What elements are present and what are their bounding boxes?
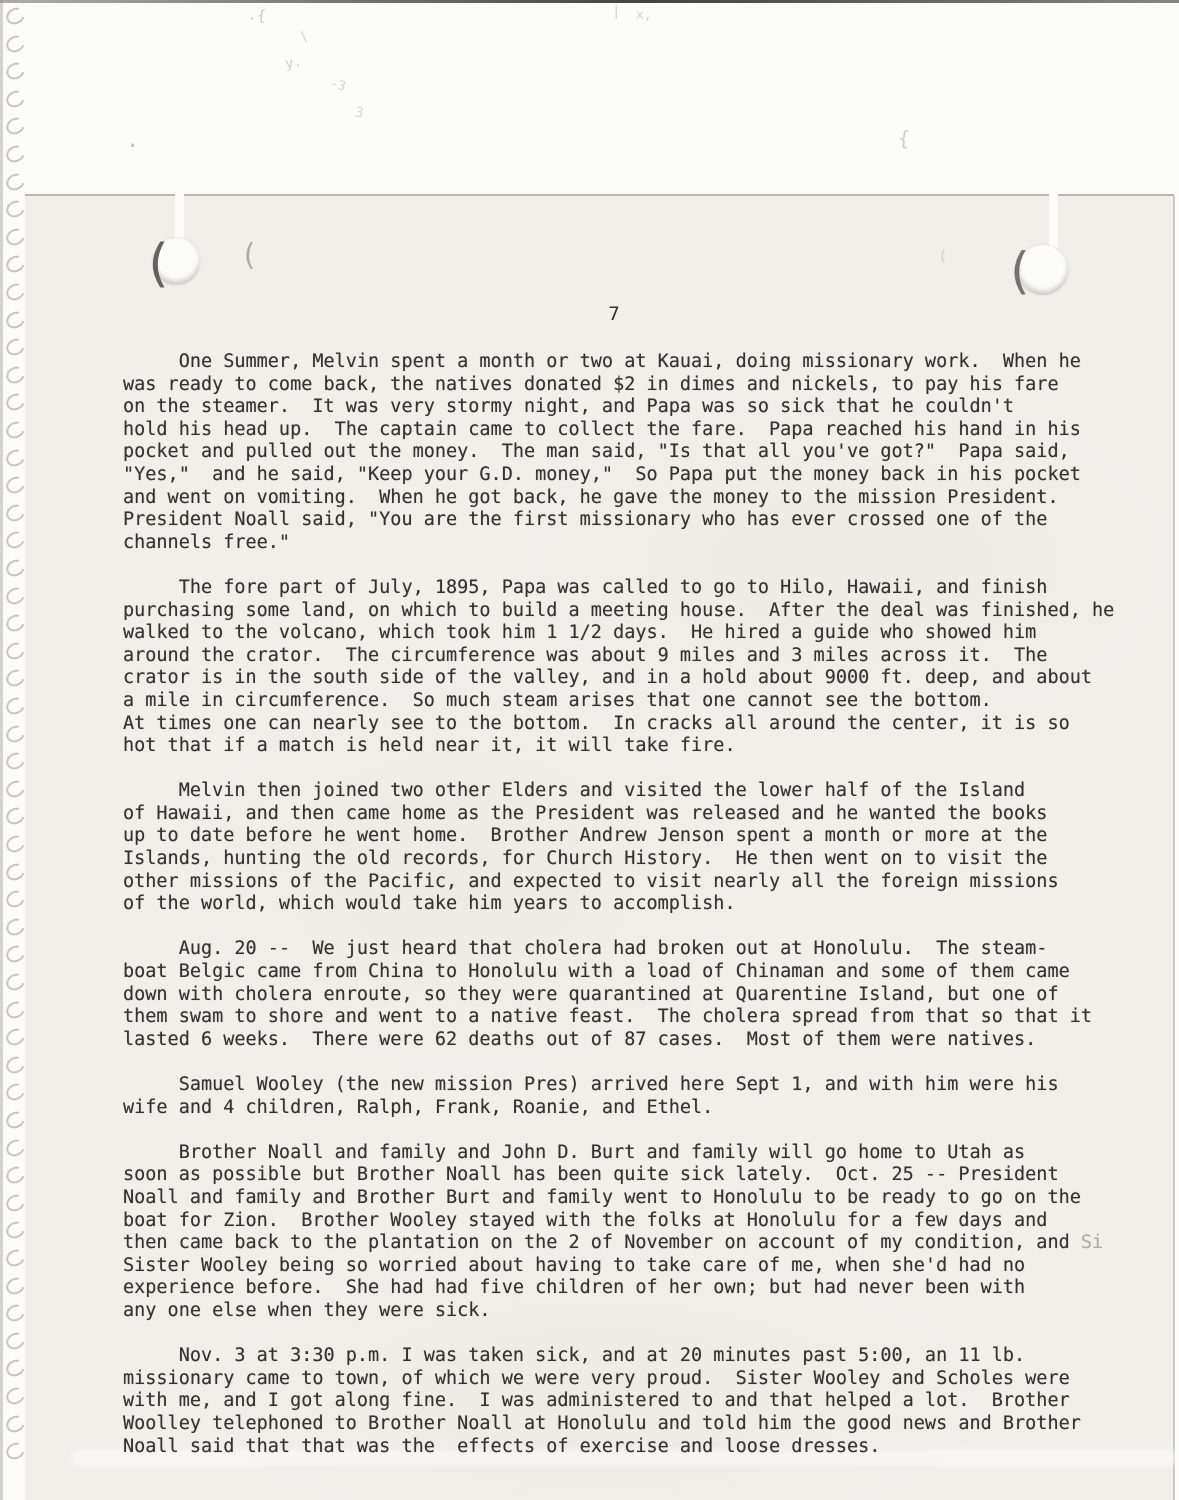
spiral-loop-icon <box>3 750 27 773</box>
spiral-loop-icon <box>3 888 27 911</box>
spiral-loop-icon <box>3 1108 27 1131</box>
punch-hole-left <box>153 238 200 285</box>
pencil-mark: . <box>126 128 139 153</box>
text-line: was ready to come back, the natives dona… <box>123 374 1114 397</box>
text-line: around the crator. The circumference was… <box>123 645 1114 668</box>
spiral-loop-icon <box>3 170 27 193</box>
pencil-mark: | <box>612 4 620 20</box>
spiral-loop-icon <box>3 446 27 469</box>
text-line: lasted 6 weeks. There were 62 deaths out… <box>123 1029 1114 1052</box>
scan-top-edge <box>0 0 1179 3</box>
faint-struck-text: Si <box>1081 1232 1103 1253</box>
text-line: walked to the volcano, which took him 1 … <box>123 622 1114 645</box>
text-line: with me, and I got along fine. I was adm… <box>123 1390 1114 1413</box>
spiral-loop-icon <box>3 1191 27 1214</box>
paragraph: Samuel Wooley (the new mission Pres) arr… <box>123 1074 1114 1119</box>
paragraph: One Summer, Melvin spent a month or two … <box>123 351 1114 554</box>
text-line: up to date before he went home. Brother … <box>123 825 1114 848</box>
spiral-loop-icon <box>3 142 27 165</box>
text-line: Woolley telephoned to Brother Noall at H… <box>123 1413 1114 1436</box>
spiral-loop-icon <box>3 1081 27 1104</box>
punch-slit-right <box>1049 193 1058 248</box>
text-line: Islands, hunting the old records, for Ch… <box>123 848 1114 871</box>
spiral-loop-icon <box>3 225 27 248</box>
text-line: Samuel Wooley (the new mission Pres) arr… <box>123 1074 1114 1097</box>
spiral-loop-icon <box>3 32 27 55</box>
spiral-loop-icon <box>3 1164 27 1187</box>
text-line: pocket and pulled out the money. The man… <box>123 441 1114 464</box>
spiral-loop-icon <box>3 87 27 110</box>
text-line: on the steamer. It was very stormy night… <box>123 396 1114 419</box>
spiral-loop-icon <box>3 667 27 690</box>
page-top-edge <box>25 194 1174 196</box>
text-line: boat Belgic came from China to Honolulu … <box>123 961 1114 984</box>
spiral-loop-icon <box>3 529 27 552</box>
text-line: The fore part of July, 1895, Papa was ca… <box>123 577 1114 600</box>
spiral-loop-icon <box>3 1302 27 1325</box>
scanned-document-page: 7 One Summer, Melvin spent a month or tw… <box>0 0 1179 1500</box>
scan-left-edge <box>0 0 3 1500</box>
paragraph: The fore part of July, 1895, Papa was ca… <box>123 577 1114 758</box>
pencil-mark: .{ <box>247 5 267 25</box>
page-number: 7 <box>123 303 1105 325</box>
text-line: Nov. 3 at 3:30 p.m. I was taken sick, an… <box>123 1345 1114 1368</box>
text-line: Sister Wooley being so worried about hav… <box>123 1255 1114 1278</box>
spiral-loop-icon <box>3 805 27 828</box>
text-line: Aug. 20 -- We just heard that cholera ha… <box>123 938 1114 961</box>
text-line: then came back to the plantation on the … <box>123 1232 1114 1255</box>
spiral-loop-icon <box>3 860 27 883</box>
spiral-loop-icon <box>3 970 27 993</box>
spiral-loop-icon <box>3 722 27 745</box>
spiral-loop-icon <box>3 474 27 497</box>
spiral-loop-icon <box>3 1026 27 1049</box>
text-line: them swam to shore and went to a native … <box>123 1006 1114 1029</box>
spiral-loop-icon <box>3 998 27 1021</box>
spiral-loop-icon <box>3 1440 27 1463</box>
text-line: purchasing some land, on which to build … <box>123 600 1114 623</box>
text-line: Melvin then joined two other Elders and … <box>123 780 1114 803</box>
paragraph: Aug. 20 -- We just heard that cholera ha… <box>123 938 1114 1051</box>
text-line: down with cholera enroute, so they were … <box>123 984 1114 1007</box>
text-line: "Yes," and he said, "Keep your G.D. mone… <box>123 464 1114 487</box>
spiral-loop-icon <box>3 501 27 524</box>
text-line: and went on vomiting. When he got back, … <box>123 487 1114 510</box>
spiral-loop-icon <box>3 336 27 359</box>
text-line: missionary came to town, of which we wer… <box>123 1368 1114 1391</box>
text-line: any one else when they were sick. <box>123 1300 1114 1323</box>
text-line: soon as possible but Brother Noall has b… <box>123 1164 1114 1187</box>
text-line: of Hawaii, and then came home as the Pre… <box>123 803 1114 826</box>
text-line: wife and 4 children, Ralph, Frank, Roani… <box>123 1097 1114 1120</box>
pencil-mark: y. <box>284 54 303 73</box>
text-body: One Summer, Melvin spent a month or two … <box>123 351 1114 1481</box>
text-line: of the world, which would take him years… <box>123 893 1114 916</box>
spiral-loop-icon <box>3 584 27 607</box>
paragraph: Brother Noall and family and John D. Bur… <box>123 1142 1114 1323</box>
spiral-loop-icon <box>3 1246 27 1269</box>
text-line: Noall said that that was the effects of … <box>123 1436 1114 1459</box>
text-line: hold his head up. The captain came to co… <box>123 419 1114 442</box>
spiral-loop-icon <box>3 943 27 966</box>
text-line: Noall and family and Brother Burt and fa… <box>123 1187 1114 1210</box>
spiral-loop-icon <box>3 1412 27 1435</box>
paragraph: Nov. 3 at 3:30 p.m. I was taken sick, an… <box>123 1345 1114 1458</box>
spiral-loop-icon <box>3 60 27 83</box>
spiral-loop-icon <box>3 694 27 717</box>
spiral-loop-icon <box>3 1274 27 1297</box>
pencil-mark: x, <box>636 8 652 23</box>
spiral-loop-icon <box>3 832 27 855</box>
text-line: hot that if a match is held near it, it … <box>123 735 1114 758</box>
spiral-loop-icon <box>3 418 27 441</box>
punch-slit-left <box>175 193 184 243</box>
spiral-loop-icon <box>3 556 27 579</box>
pencil-mark: \ <box>300 30 308 45</box>
page-right-edge <box>1173 196 1175 1500</box>
text-line: boat for Zion. Brother Wooley stayed wit… <box>123 1210 1114 1233</box>
text-line: a mile in circumference. So much steam a… <box>123 690 1114 713</box>
spiral-loop-icon <box>3 280 27 303</box>
text-line: crator is in the south side of the valle… <box>123 667 1114 690</box>
spiral-loop-icon <box>3 1357 27 1380</box>
spiral-loop-icon <box>3 1136 27 1159</box>
spiral-loop-icon <box>3 1384 27 1407</box>
spiral-loop-icon <box>3 308 27 331</box>
spiral-loop-icon <box>3 363 27 386</box>
text-line: experience before. She had had five chil… <box>123 1277 1114 1300</box>
pencil-mark: { <box>897 126 911 151</box>
pencil-mark: -3 <box>328 76 347 95</box>
spiral-loop-icon <box>3 1053 27 1076</box>
spiral-loop-icon <box>3 198 27 221</box>
punch-hole-right <box>1018 245 1068 295</box>
spiral-loop-icon <box>3 1219 27 1242</box>
spiral-loop-icon <box>3 115 27 138</box>
text-line: channels free." <box>123 532 1114 555</box>
text-line: other missions of the Pacific, and expec… <box>123 871 1114 894</box>
spiral-loop-icon <box>3 4 27 27</box>
spiral-loop-icon <box>3 612 27 635</box>
text-line: Brother Noall and family and John D. Bur… <box>123 1142 1114 1165</box>
spiral-loop-icon <box>3 253 27 276</box>
spiral-loop-icon <box>3 1329 27 1352</box>
pencil-mark: 3 <box>354 104 365 121</box>
spiral-loop-icon <box>3 391 27 414</box>
spiral-loop-icon <box>3 915 27 938</box>
text-line: President Noall said, "You are the first… <box>123 509 1114 532</box>
text-line: At times one can nearly see to the botto… <box>123 713 1114 736</box>
spiral-loop-icon <box>3 639 27 662</box>
text-line: One Summer, Melvin spent a month or two … <box>123 351 1114 374</box>
spiral-loop-icon <box>3 777 27 800</box>
paragraph: Melvin then joined two other Elders and … <box>123 780 1114 916</box>
